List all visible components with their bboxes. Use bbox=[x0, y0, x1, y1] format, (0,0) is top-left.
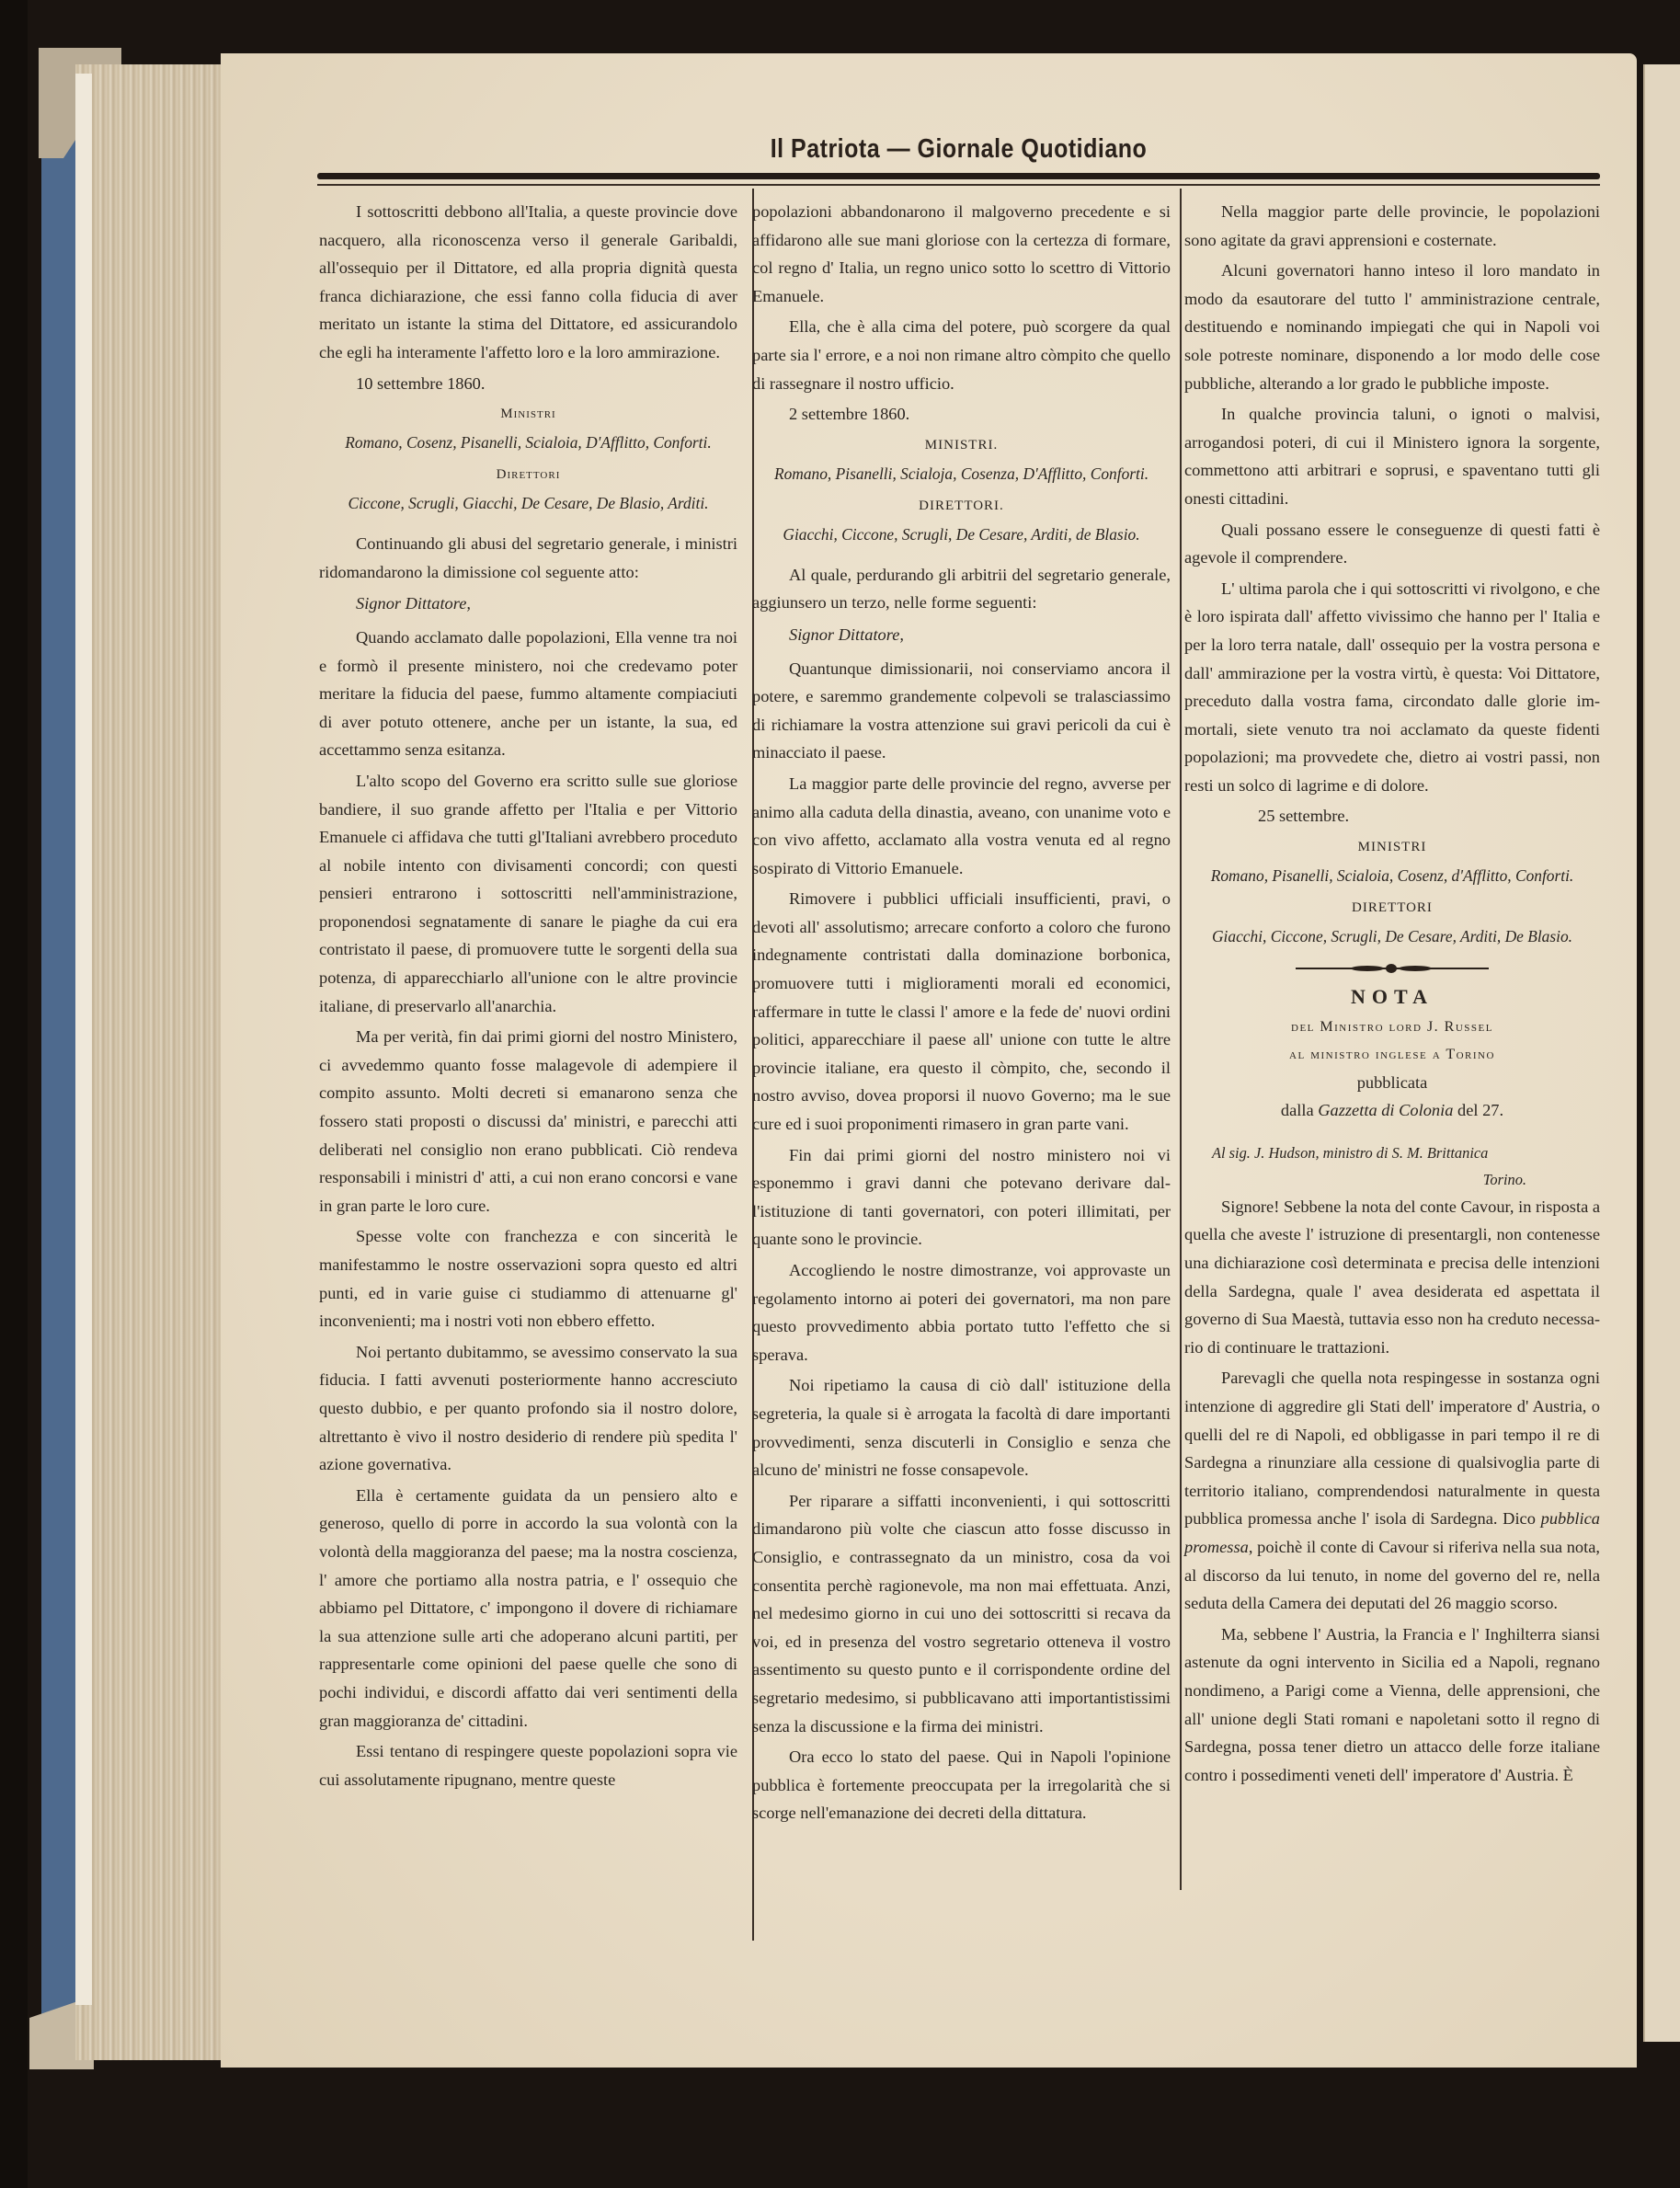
dateline: 10 settembre 1860. bbox=[319, 370, 737, 398]
ministri-heading: MINISTRI. bbox=[752, 432, 1171, 458]
masthead: Il Patriota — Giornale Quotidiano bbox=[317, 136, 1600, 182]
direttori-heading: DIRETTORI bbox=[1184, 895, 1600, 921]
paragraph: Quando acclamato dalle popolazioni, Ella… bbox=[319, 624, 737, 764]
paragraph: L'alto scopo del Governo era scritto sul… bbox=[319, 767, 737, 1020]
paragraph: Quantunque dimissionarii, noi conserviam… bbox=[752, 655, 1171, 767]
direttori-heading: DIRETTORI. bbox=[752, 493, 1171, 519]
paragraph: In qualche provincia taluni, o ignoti o … bbox=[1184, 400, 1600, 512]
ministri-heading: MINISTRI bbox=[1184, 834, 1600, 860]
dateline: 2 settembre 1860. bbox=[752, 400, 1171, 429]
paragraph: Al quale, perdurando gli arbitrii del se… bbox=[752, 561, 1171, 617]
paragraph: Ella è certamente guidata da un pensiero… bbox=[319, 1482, 737, 1735]
scan-backdrop bbox=[0, 0, 28, 2188]
ministri-signatures: Romano, Cosenz, Pisanelli, Scialoia, D'A… bbox=[319, 429, 737, 456]
paragraph: Accogliendo le nostre dimostranze, voi a… bbox=[752, 1256, 1171, 1369]
paragraph: Parevagli che quella nota respingesse in… bbox=[1184, 1364, 1600, 1617]
nota-title: NOTA bbox=[1184, 983, 1600, 1012]
paragraph: Noi ripetiamo la causa di ciò dall' isti… bbox=[752, 1371, 1171, 1483]
nota-address-place: Torino. bbox=[1184, 1167, 1600, 1193]
paragraph: L' ultima parola che i qui sottoscritti … bbox=[1184, 575, 1600, 800]
direttori-signatures: Giacchi, Ciccone, Scrugli, De Cesare, Ar… bbox=[1184, 922, 1600, 950]
column-middle: popolazioni abbandonarono il malgoverno … bbox=[752, 198, 1171, 1830]
nota-source: dalla Gazzetta di Colonia del 27. bbox=[1184, 1096, 1600, 1125]
page-stack-edges bbox=[75, 64, 223, 2060]
paragraph: Fin dai primi giorni del nostro minister… bbox=[752, 1141, 1171, 1254]
paragraph: Quali possano essere le conseguenze di q… bbox=[1184, 516, 1600, 572]
paragraph-continued: popolazioni abbandonarono il malgoverno … bbox=[752, 198, 1171, 310]
salutation: Signor Dittatore, bbox=[319, 590, 737, 618]
ministri-signatures: Romano, Pisanelli, Scialoia, Cosenz, d'A… bbox=[1184, 862, 1600, 889]
paragraph: Rimovere i pubblici ufficiali insufficie… bbox=[752, 885, 1171, 1138]
nota-source-newspaper: Gazzetta di Colonia bbox=[1318, 1101, 1453, 1119]
header-rule-thin bbox=[317, 184, 1600, 186]
nota-subtitle-2: al ministro inglese a Torino bbox=[1184, 1041, 1600, 1069]
paragraph: Spesse volte con franchezza e con sincer… bbox=[319, 1222, 737, 1335]
paragraph: Nella maggior parte delle provincie, le … bbox=[1184, 198, 1600, 254]
direttori-signatures: Ciccone, Scrugli, Giacchi, De Cesare, De… bbox=[319, 489, 737, 517]
paragraph: Continuando gli abusi del segretario gen… bbox=[319, 530, 737, 586]
paragraph: Alcuni governatori hanno inteso il loro … bbox=[1184, 257, 1600, 397]
paragraph: I sottoscritti debbono all'Italia, a que… bbox=[319, 198, 737, 367]
nota-source-suffix: del 27. bbox=[1453, 1101, 1503, 1119]
column-divider-2 bbox=[1180, 189, 1182, 1890]
nota-addressee: Al sig. J. Hudson, ministro di S. M. Bri… bbox=[1184, 1140, 1600, 1167]
header-rule-thick bbox=[317, 173, 1600, 179]
nota-subtitle-3: pubblicata bbox=[1184, 1069, 1600, 1097]
page-stack-white-edge bbox=[75, 74, 92, 2005]
nota-source-prefix: dalla bbox=[1281, 1101, 1318, 1119]
nota-subtitle-1: del Ministro lord J. Russel bbox=[1184, 1014, 1600, 1041]
direttori-heading: Direttori bbox=[319, 462, 737, 487]
column-left: I sottoscritti debbono all'Italia, a que… bbox=[319, 198, 737, 1796]
paragraph: Ella, che è alla cima del potere, può sc… bbox=[752, 313, 1171, 397]
ministri-signatures: Romano, Pisanelli, Scialoja, Cosenza, D'… bbox=[752, 460, 1171, 487]
dateline: 25 settembre. bbox=[1184, 802, 1600, 831]
paragraph: Ma per verità, fin dai primi giorni del … bbox=[319, 1023, 737, 1220]
paragraph: La maggior parte delle provincie del reg… bbox=[752, 770, 1171, 882]
paragraph: Noi pertanto dubitammo, se avessimo cons… bbox=[319, 1338, 737, 1479]
paragraph: Ora ecco lo stato del paese. Qui in Napo… bbox=[752, 1743, 1171, 1827]
paragraph: Essi tentano di respingere queste popola… bbox=[319, 1737, 737, 1793]
paragraph: Ma, sebbene l' Austria, la Francia e l' … bbox=[1184, 1621, 1600, 1790]
next-page-edge bbox=[1643, 64, 1680, 2042]
paragraph: Per riparare a siffatti inconvenienti, i… bbox=[752, 1487, 1171, 1740]
direttori-signatures: Giacchi, Ciccone, Scrugli, De Cesare, Ar… bbox=[752, 521, 1171, 548]
newspaper-title: Il Patriota — Giornale Quotidiano bbox=[317, 134, 1600, 165]
salutation: Signor Dittatore, bbox=[752, 621, 1171, 649]
ministri-heading: Ministri bbox=[319, 401, 737, 427]
text-run: Parevagli che quella nota respingesse in… bbox=[1184, 1369, 1600, 1528]
ornamental-rule-icon bbox=[1296, 963, 1489, 974]
column-right: Nella maggior parte delle provincie, le … bbox=[1184, 198, 1600, 1792]
paragraph: Signore! Sebbene la nota del conte Cavou… bbox=[1184, 1193, 1600, 1362]
